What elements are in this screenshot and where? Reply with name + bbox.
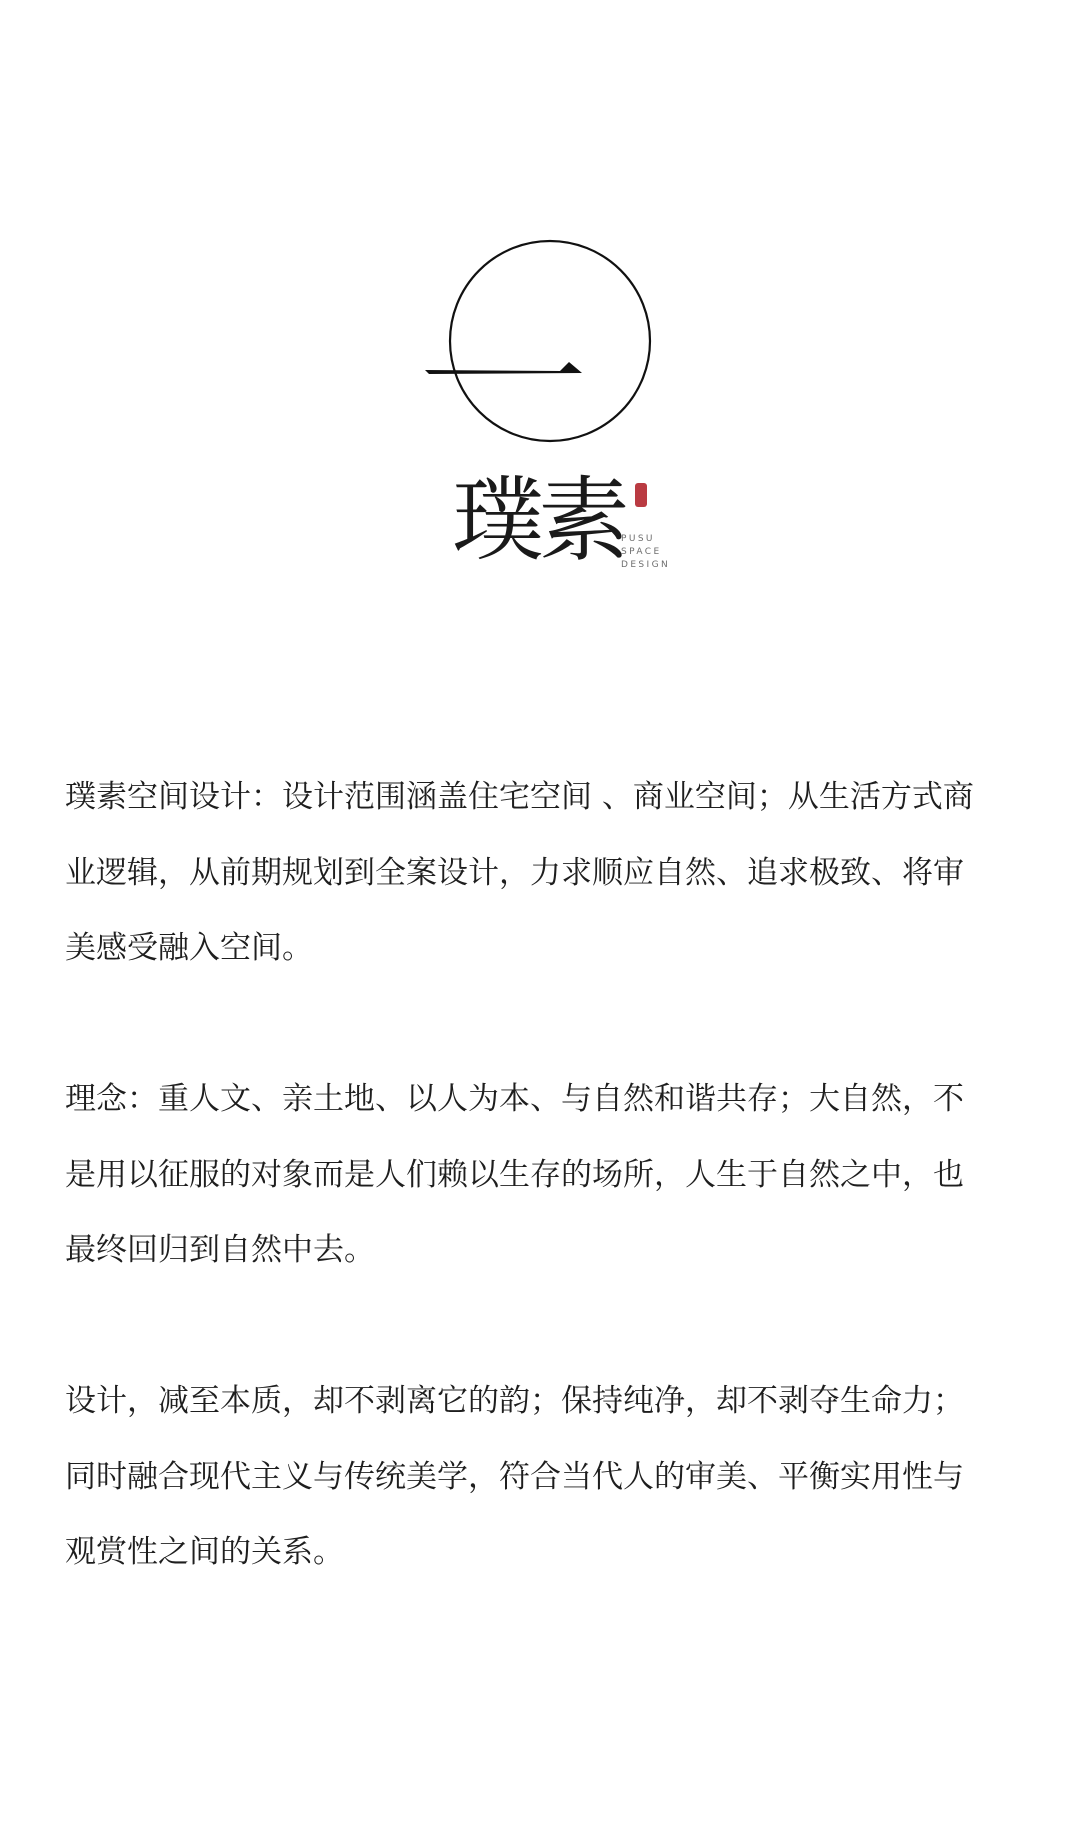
english-line-1: PUSU	[621, 533, 670, 546]
paragraph-intro: 璞素空间设计：设计范围涵盖住宅空间 、商业空间；从生活方式商 业逻辑，从前期规划…	[65, 760, 1025, 987]
text-line: 业逻辑，从前期规划到全案设计，力求顺应自然、追求极致、将审	[65, 836, 1025, 912]
red-seal-icon	[635, 483, 647, 507]
english-line-3: DESIGN	[621, 559, 670, 572]
text-line: 是用以征服的对象而是人们赖以生存的场所，人生于自然之中，也	[65, 1138, 1025, 1214]
circle-logo-icon	[415, 230, 675, 460]
brand-english-name: PUSU SPACE DESIGN	[621, 533, 670, 572]
paragraph-design: 设计，减至本质，却不剥离它的韵；保持纯净，却不剥夺生命力； 同时融合现代主义与传…	[65, 1364, 1025, 1591]
text-line: 设计，减至本质，却不剥离它的韵；保持纯净，却不剥夺生命力；	[65, 1364, 1025, 1440]
text-line: 理念：重人文、亲土地、以人为本、与自然和谐共存；大自然，不	[65, 1062, 1025, 1138]
brand-name: 璞素	[452, 466, 624, 576]
text-line: 璞素空间设计：设计范围涵盖住宅空间 、商业空间；从生活方式商	[65, 760, 1025, 836]
paragraph-spacer	[65, 1289, 1025, 1365]
text-line: 最终回归到自然中去。	[65, 1213, 1025, 1289]
text-line: 美感受融入空间。	[65, 911, 1025, 987]
paragraph-spacer	[65, 987, 1025, 1063]
english-line-2: SPACE	[621, 546, 670, 559]
paragraph-philosophy: 理念：重人文、亲土地、以人为本、与自然和谐共存；大自然，不 是用以征服的对象而是…	[65, 1062, 1025, 1289]
description: 璞素空间设计：设计范围涵盖住宅空间 、商业空间；从生活方式商 业逻辑，从前期规划…	[65, 760, 1025, 1591]
text-line: 同时融合现代主义与传统美学，符合当代人的审美、平衡实用性与	[65, 1440, 1025, 1516]
text-line: 观赏性之间的关系。	[65, 1515, 1025, 1591]
